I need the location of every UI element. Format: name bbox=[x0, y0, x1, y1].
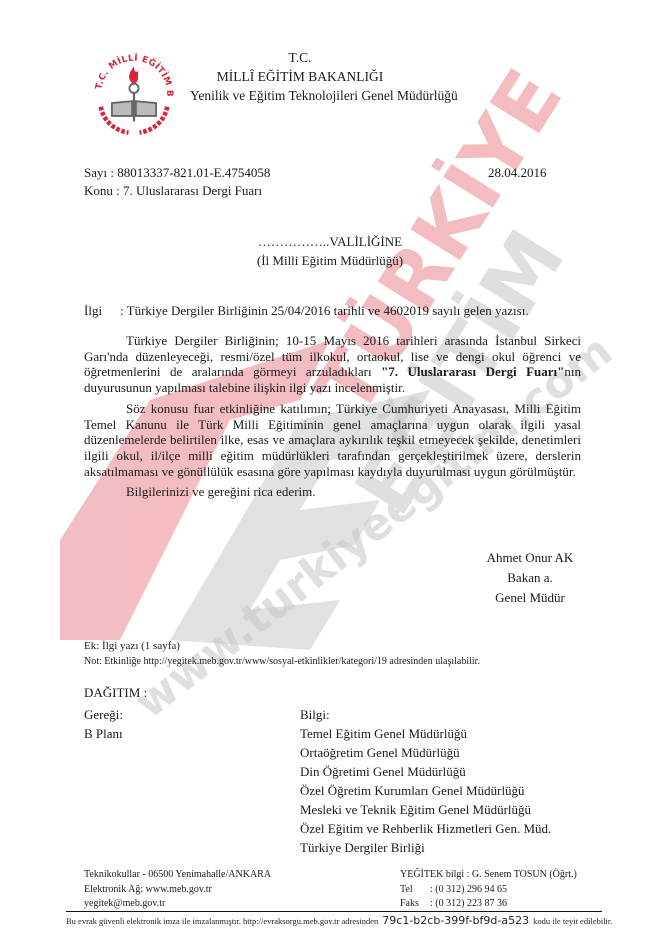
gerek-item: B Planı bbox=[84, 724, 123, 743]
konu-label: Konu bbox=[84, 183, 113, 198]
bilgi-item: Din Öğretimi Genel Müdürlüğü bbox=[300, 762, 551, 781]
letterhead-ministry: MİLLÎ EĞİTİM BAKANLIĞI bbox=[190, 67, 410, 86]
bilgi-item: Özel Eğitim ve Rehberlik Hizmetleri Gen.… bbox=[300, 819, 551, 838]
letter-body: Türkiye Dergiler Birliğinin; 10-15 Mayıs… bbox=[84, 333, 581, 500]
ilgi-label: İlgi bbox=[84, 303, 120, 319]
verification-code: 79c1-b2cb-399f-bf9d-a523 bbox=[382, 914, 529, 927]
addressee: ……………..VALİLİĞİNE (İl Milli Eğitim Müdür… bbox=[0, 232, 660, 270]
document-number: Sayı : 88013337-821.01-E.4754058 bbox=[84, 165, 270, 181]
signer-title-2: Genel Müdür bbox=[470, 588, 590, 608]
verification-text: Bu evrak güvenli elektronik imza ile imz… bbox=[66, 916, 378, 926]
bilgi-item: Türkiye Dergiler Birliği bbox=[300, 838, 551, 857]
verification-tail: kodu ile teyit edilebilir. bbox=[533, 916, 612, 926]
footer-web: Elektronik Ağ: www.meb.gov.tr bbox=[84, 883, 271, 898]
footer-divider bbox=[66, 911, 602, 912]
e-signature-verification: Bu evrak güvenli elektronik imza ile imz… bbox=[66, 914, 612, 927]
sayi-label: Sayı bbox=[84, 165, 107, 180]
bilgi-label: Bilgi: bbox=[300, 705, 551, 724]
konu-value: : 7. Uluslararası Dergi Fuarı bbox=[116, 183, 262, 198]
ilgi-text: : Türkiye Dergiler Birliğinin 25/04/2016… bbox=[120, 303, 529, 318]
footer-contact-person: YEĞİTEK bilgi : G. Senem TOSUN (Öğrt.) bbox=[400, 868, 577, 883]
tel-value: : (0 312) 296 94 65 bbox=[430, 884, 507, 895]
bilgi-item: Ortaöğretim Genel Müdürlüğü bbox=[300, 743, 551, 762]
document-page: T.C. MİLLİ EĞİTİM BAKANLIĞI T.C. MİLLÎ E… bbox=[0, 0, 660, 946]
distribution-action: Gereği: B Planı bbox=[84, 705, 123, 743]
signer-title-1: Bakan a. bbox=[470, 568, 590, 588]
paragraph-3: Bilgilerinizi ve gereğini rica ederim. bbox=[84, 484, 581, 500]
meb-emblem-icon: T.C. MİLLİ EĞİTİM BAKANLIĞI bbox=[88, 46, 180, 138]
gerek-label: Gereği: bbox=[84, 705, 123, 724]
letterhead-directorate: Yenilik ve Eğitim Teknolojileri Genel Mü… bbox=[190, 86, 410, 105]
signer-name: Ahmet Onur AK bbox=[470, 548, 590, 568]
bilgi-item: Temel Eğitim Genel Müdürlüğü bbox=[300, 724, 551, 743]
footer-tel: Tel: (0 312) 296 94 65 bbox=[400, 883, 577, 898]
attachment-note: Ek: İlgi yazı (1 sayfa) bbox=[84, 640, 180, 652]
footnote-link: Not: Etkinliğe http://yegitek.meb.gov.tr… bbox=[84, 656, 480, 667]
tel-label: Tel bbox=[400, 883, 430, 898]
document-date: 28.04.2016 bbox=[488, 165, 547, 181]
reference: İlgi: Türkiye Dergiler Birliğinin 25/04/… bbox=[84, 303, 529, 319]
addressee-line1: ……………..VALİLİĞİNE bbox=[0, 232, 660, 251]
fax-label: Faks bbox=[400, 897, 430, 912]
event-name: "7. Uluslararası Dergi Fuarı" bbox=[381, 364, 564, 379]
letterhead: T.C. MİLLÎ EĞİTİM BAKANLIĞI Yenilik ve E… bbox=[190, 48, 410, 105]
letterhead-tc: T.C. bbox=[190, 48, 410, 67]
addressee-line2: (İl Milli Eğitim Müdürlüğü) bbox=[0, 251, 660, 270]
paragraph-1: Türkiye Dergiler Birliğinin; 10-15 Mayıs… bbox=[84, 333, 581, 396]
footer-fax: Faks: (0 312) 223 87 36 bbox=[400, 897, 577, 912]
sayi-value: : 88013337-821.01-E.4754058 bbox=[110, 165, 270, 180]
paragraph-2: Söz konusu fuar etkinliğine katılımın; T… bbox=[84, 401, 581, 480]
fax-value: : (0 312) 223 87 36 bbox=[430, 898, 507, 909]
footer-address: Teknikokullar - 06500 Yenimahalle/ANKARA bbox=[84, 868, 271, 883]
distribution-title: DAĞITIM : bbox=[84, 685, 147, 701]
footer-left: Teknikokullar - 06500 Yenimahalle/ANKARA… bbox=[84, 868, 271, 912]
bilgi-item: Özel Öğretim Kurumları Genel Müdürlüğü bbox=[300, 781, 551, 800]
signature-block: Ahmet Onur AK Bakan a. Genel Müdür bbox=[470, 548, 590, 608]
bilgi-item: Mesleki ve Teknik Eğitim Genel Müdürlüğü bbox=[300, 800, 551, 819]
distribution-info: Bilgi: Temel Eğitim Genel Müdürlüğü Orta… bbox=[300, 705, 551, 857]
document-subject: Konu : 7. Uluslararası Dergi Fuarı bbox=[84, 183, 262, 199]
footer-email: yegitek@meb.gov.tr bbox=[84, 897, 271, 912]
footer-right: YEĞİTEK bilgi : G. Senem TOSUN (Öğrt.) T… bbox=[400, 868, 577, 912]
